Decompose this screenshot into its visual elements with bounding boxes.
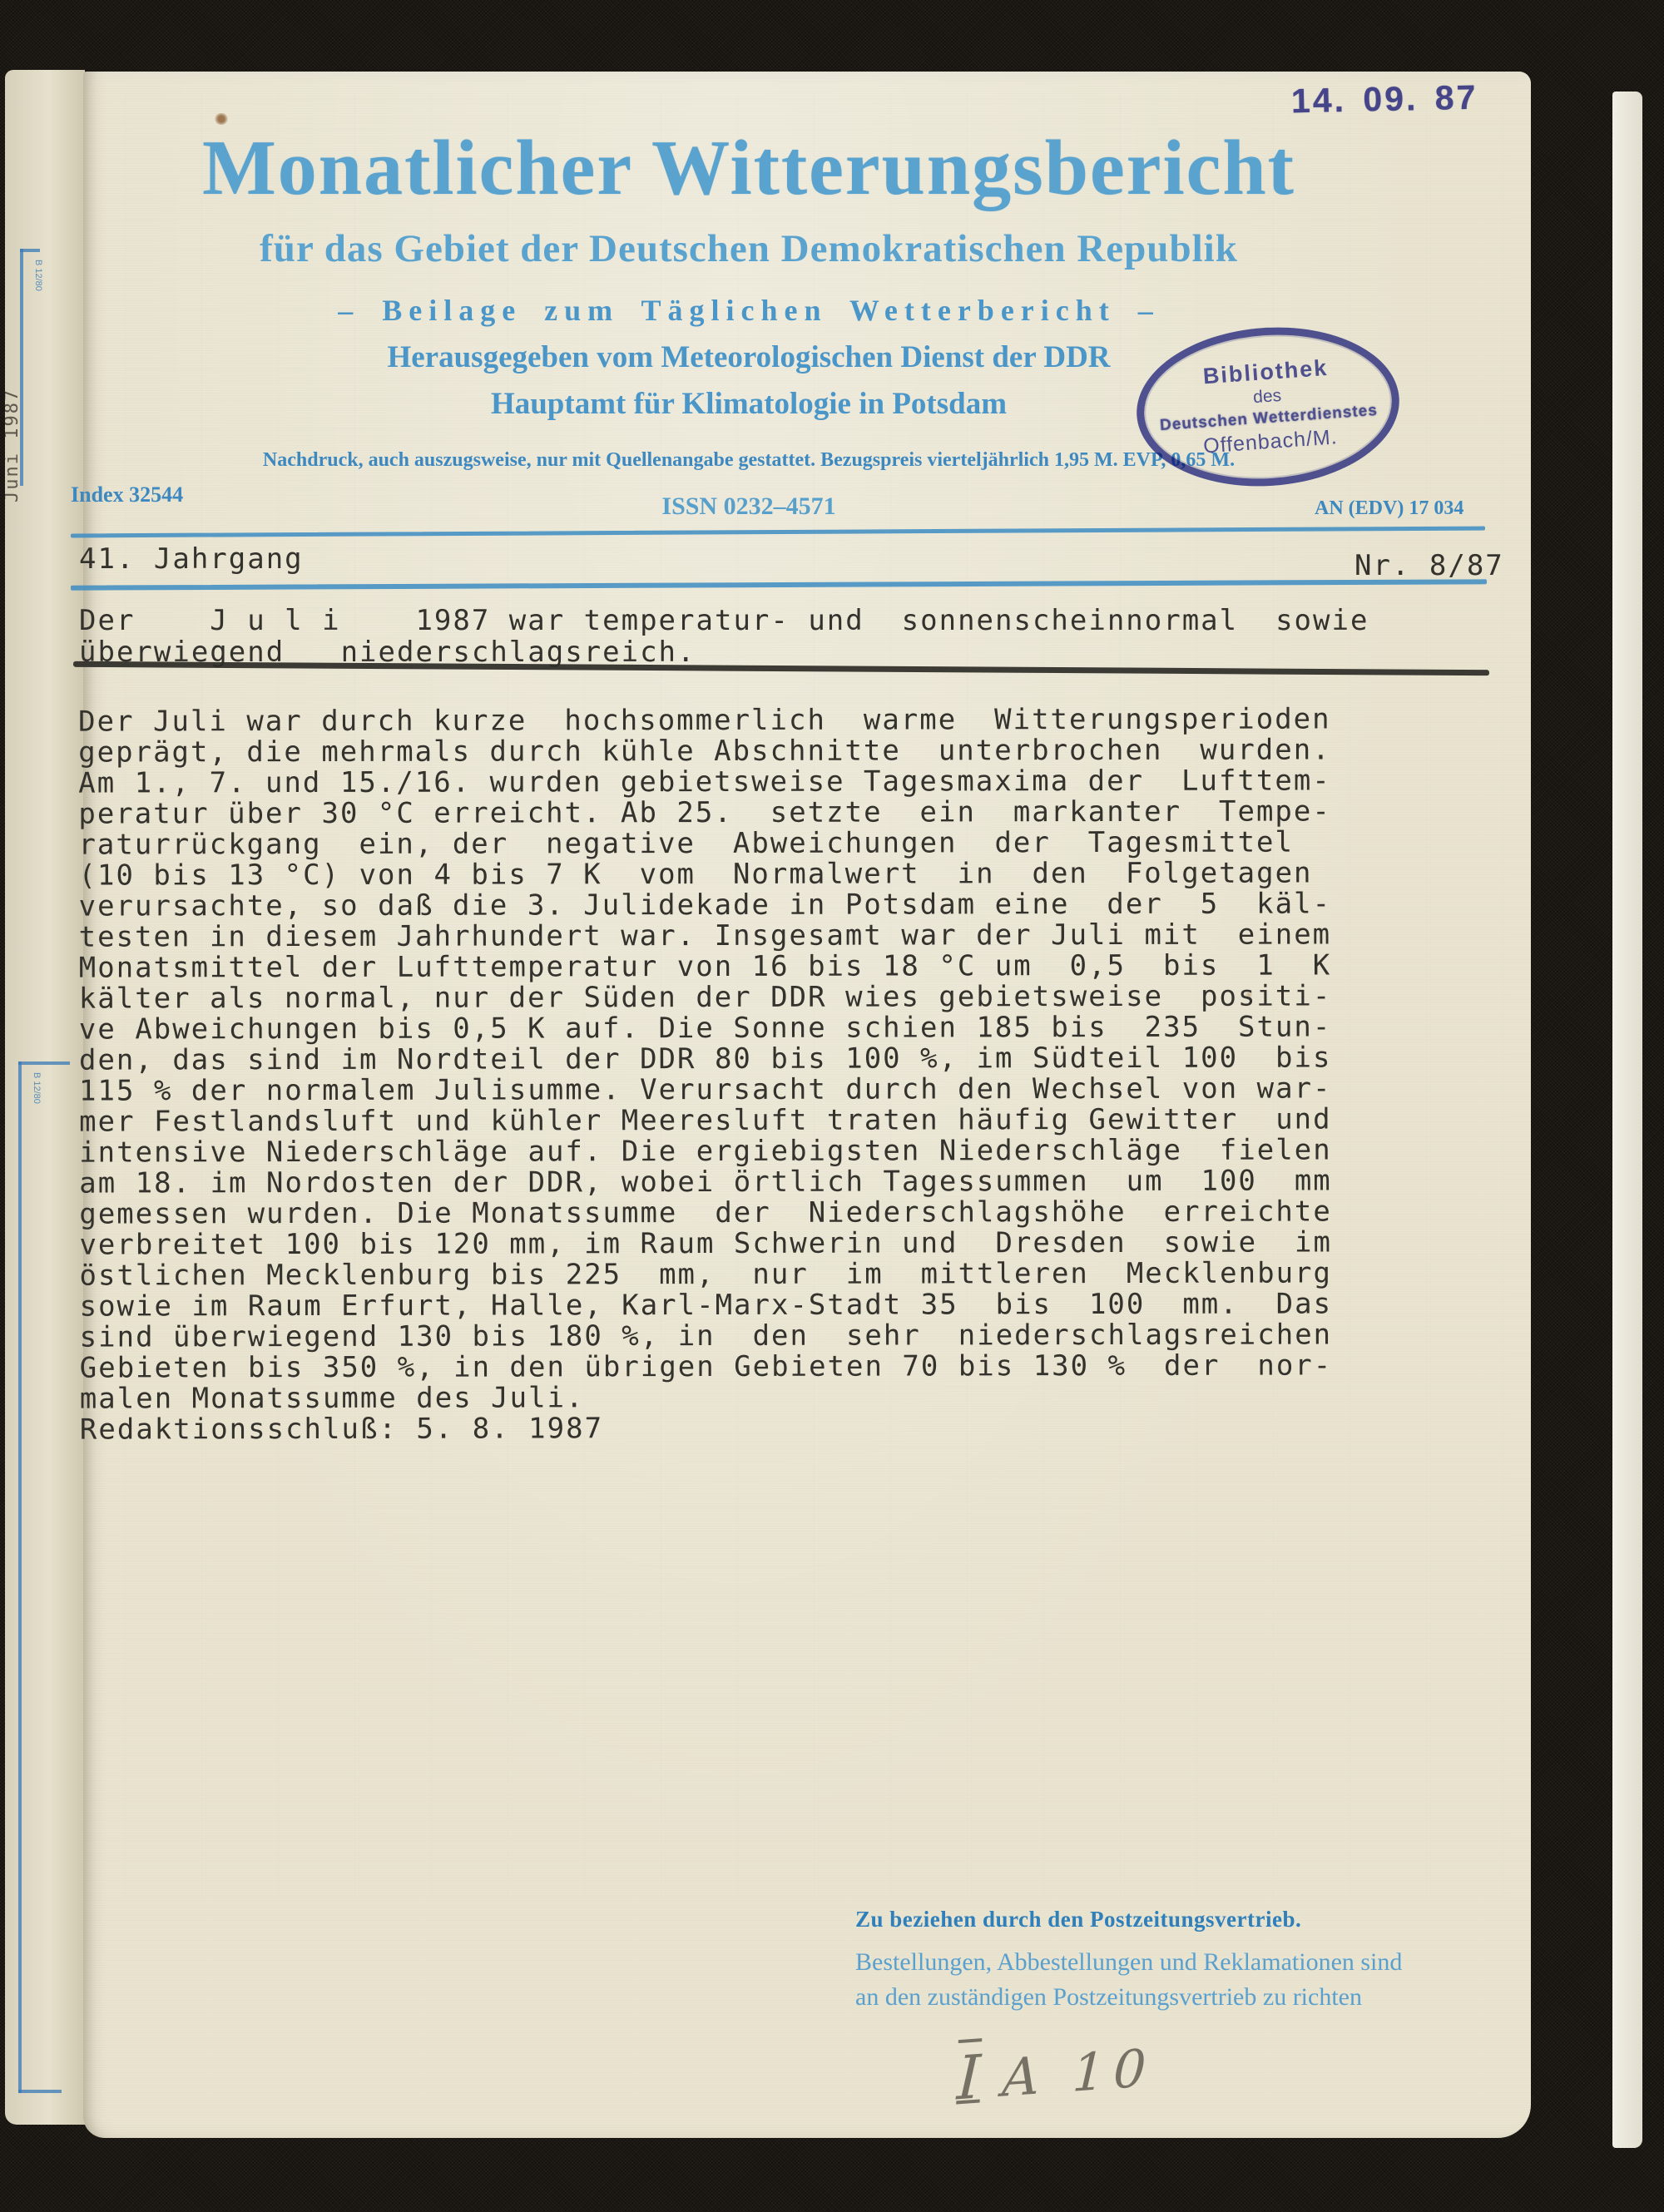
issue-number-label: Nr. 8/87 (1354, 549, 1504, 582)
report-body-line: raturrückgang ein, der negative Abweichu… (78, 827, 1331, 860)
distribution-notice-bold: Zu beziehen durch den Postzeitungsvertri… (855, 1907, 1301, 1932)
report-body-line: am 18. im Nordosten der DDR, wobei örtli… (79, 1165, 1332, 1199)
previous-page-corner-label: B 12/80 (33, 260, 43, 291)
report-body-line: malen Monatssumme des Juli. (80, 1381, 1333, 1414)
previous-page-frame-fragment (18, 1061, 70, 1065)
shelf-mark-code: A 10 (1001, 2037, 1155, 2109)
page-stack-edge (1531, 96, 1614, 2135)
report-body-line: Redaktionsschluß: 5. 8. 1987 (80, 1412, 1333, 1445)
report-body-line: verursachte, so daß die 3. Julidekade in… (79, 888, 1332, 922)
report-body-line: Der Juli war durch kurze hochsommerlich … (78, 704, 1331, 737)
report-body-line: 115 % der normalem Julisumme. Verursacht… (79, 1073, 1332, 1106)
report-body-line: Am 1., 7. und 15./16. wurden gebietsweis… (78, 765, 1331, 799)
underlying-page-edge (1612, 92, 1642, 2148)
gutter-previous-page: B 12/80 Juni 1987 B 12/80 (5, 70, 85, 2125)
previous-page-corner-label: B 12/80 (32, 1072, 42, 1104)
issn: ISSN 0232–4571 (83, 492, 1414, 521)
book-scan: B 12/80 Juni 1987 B 12/80 14. 09. 87 Mon… (0, 0, 1664, 2212)
report-body-line: intensive Niederschläge auf. Die ergiebi… (79, 1135, 1332, 1168)
report-body-line: verbreitet 100 bis 120 mm, im Raum Schwe… (79, 1227, 1332, 1260)
report-body-line: Gebieten bis 350 %, in den übrigen Gebie… (80, 1350, 1333, 1383)
report-body: Der Juli war durch kurze hochsommerlich … (78, 704, 1332, 1445)
supplement-line: – Beilage zum Täglichen Wetterbericht – (83, 293, 1414, 328)
previous-page-spine-label: Juni 1987 (5, 388, 22, 502)
report-body-line: mer Festlandsluft und kühler Meeresluft … (79, 1104, 1332, 1137)
shelf-mark-roman-numeral: I (956, 2041, 982, 2113)
report-body-line: (10 bis 13 °C) von 4 bis 7 K vom Normalw… (78, 858, 1331, 891)
volume-label: 41. Jahrgang (79, 542, 304, 576)
handwritten-shelf-mark: IA 10 (956, 2029, 1156, 2113)
report-body-line: den, das sind im Nordteil der DDR 80 bis… (79, 1042, 1332, 1076)
publication-subtitle: für das Gebiet der Deutschen Demokratisc… (83, 226, 1414, 271)
an-edv-number: AN (EDV) 17 034 (1315, 497, 1463, 520)
report-body-line: ve Abweichungen bis 0,5 K auf. Die Sonne… (79, 1012, 1332, 1045)
previous-page-frame-fragment (18, 2090, 62, 2093)
report-body-line: kälter als normal, nur der Süden der DDR… (79, 981, 1332, 1014)
report-body-line: testen in diesem Jahrhundert war. Insges… (79, 919, 1332, 953)
report-body-line: sowie im Raum Erfurt, Halle, Karl-Marx-S… (80, 1289, 1333, 1322)
report-body-line: peratur über 30 °C erreicht. Ab 25. setz… (78, 796, 1331, 829)
distribution-notice-line: an den zuständigen Postzeitungsvertrieb … (855, 1983, 1362, 2012)
date-received-stamp: 14. 09. 87 (1291, 78, 1478, 121)
report-body-line: gemessen wurden. Die Monatssumme der Nie… (79, 1196, 1332, 1230)
previous-page-frame-fragment (18, 1061, 22, 2093)
library-stamp-line: Bibliothek (1202, 355, 1329, 389)
report-body-line: sind überwiegend 130 bis 180 %, in den s… (80, 1319, 1333, 1353)
library-stamp-line: des (1252, 386, 1281, 408)
report-body-line: östlichen Mecklenburg bis 225 mm, nur im… (79, 1258, 1332, 1291)
report-body-line: geprägt, die mehrmals durch kühle Abschn… (78, 735, 1331, 768)
distribution-notice-line: Bestellungen, Abbestellungen und Reklama… (855, 1948, 1402, 1977)
publication-title: Monatlicher Witterungsbericht (83, 123, 1414, 213)
report-headline-line1: Der J u l i 1987 war temperatur- und son… (79, 604, 1369, 637)
report-body-line: Monatsmittel der Lufttemperatur von 16 b… (79, 950, 1332, 983)
